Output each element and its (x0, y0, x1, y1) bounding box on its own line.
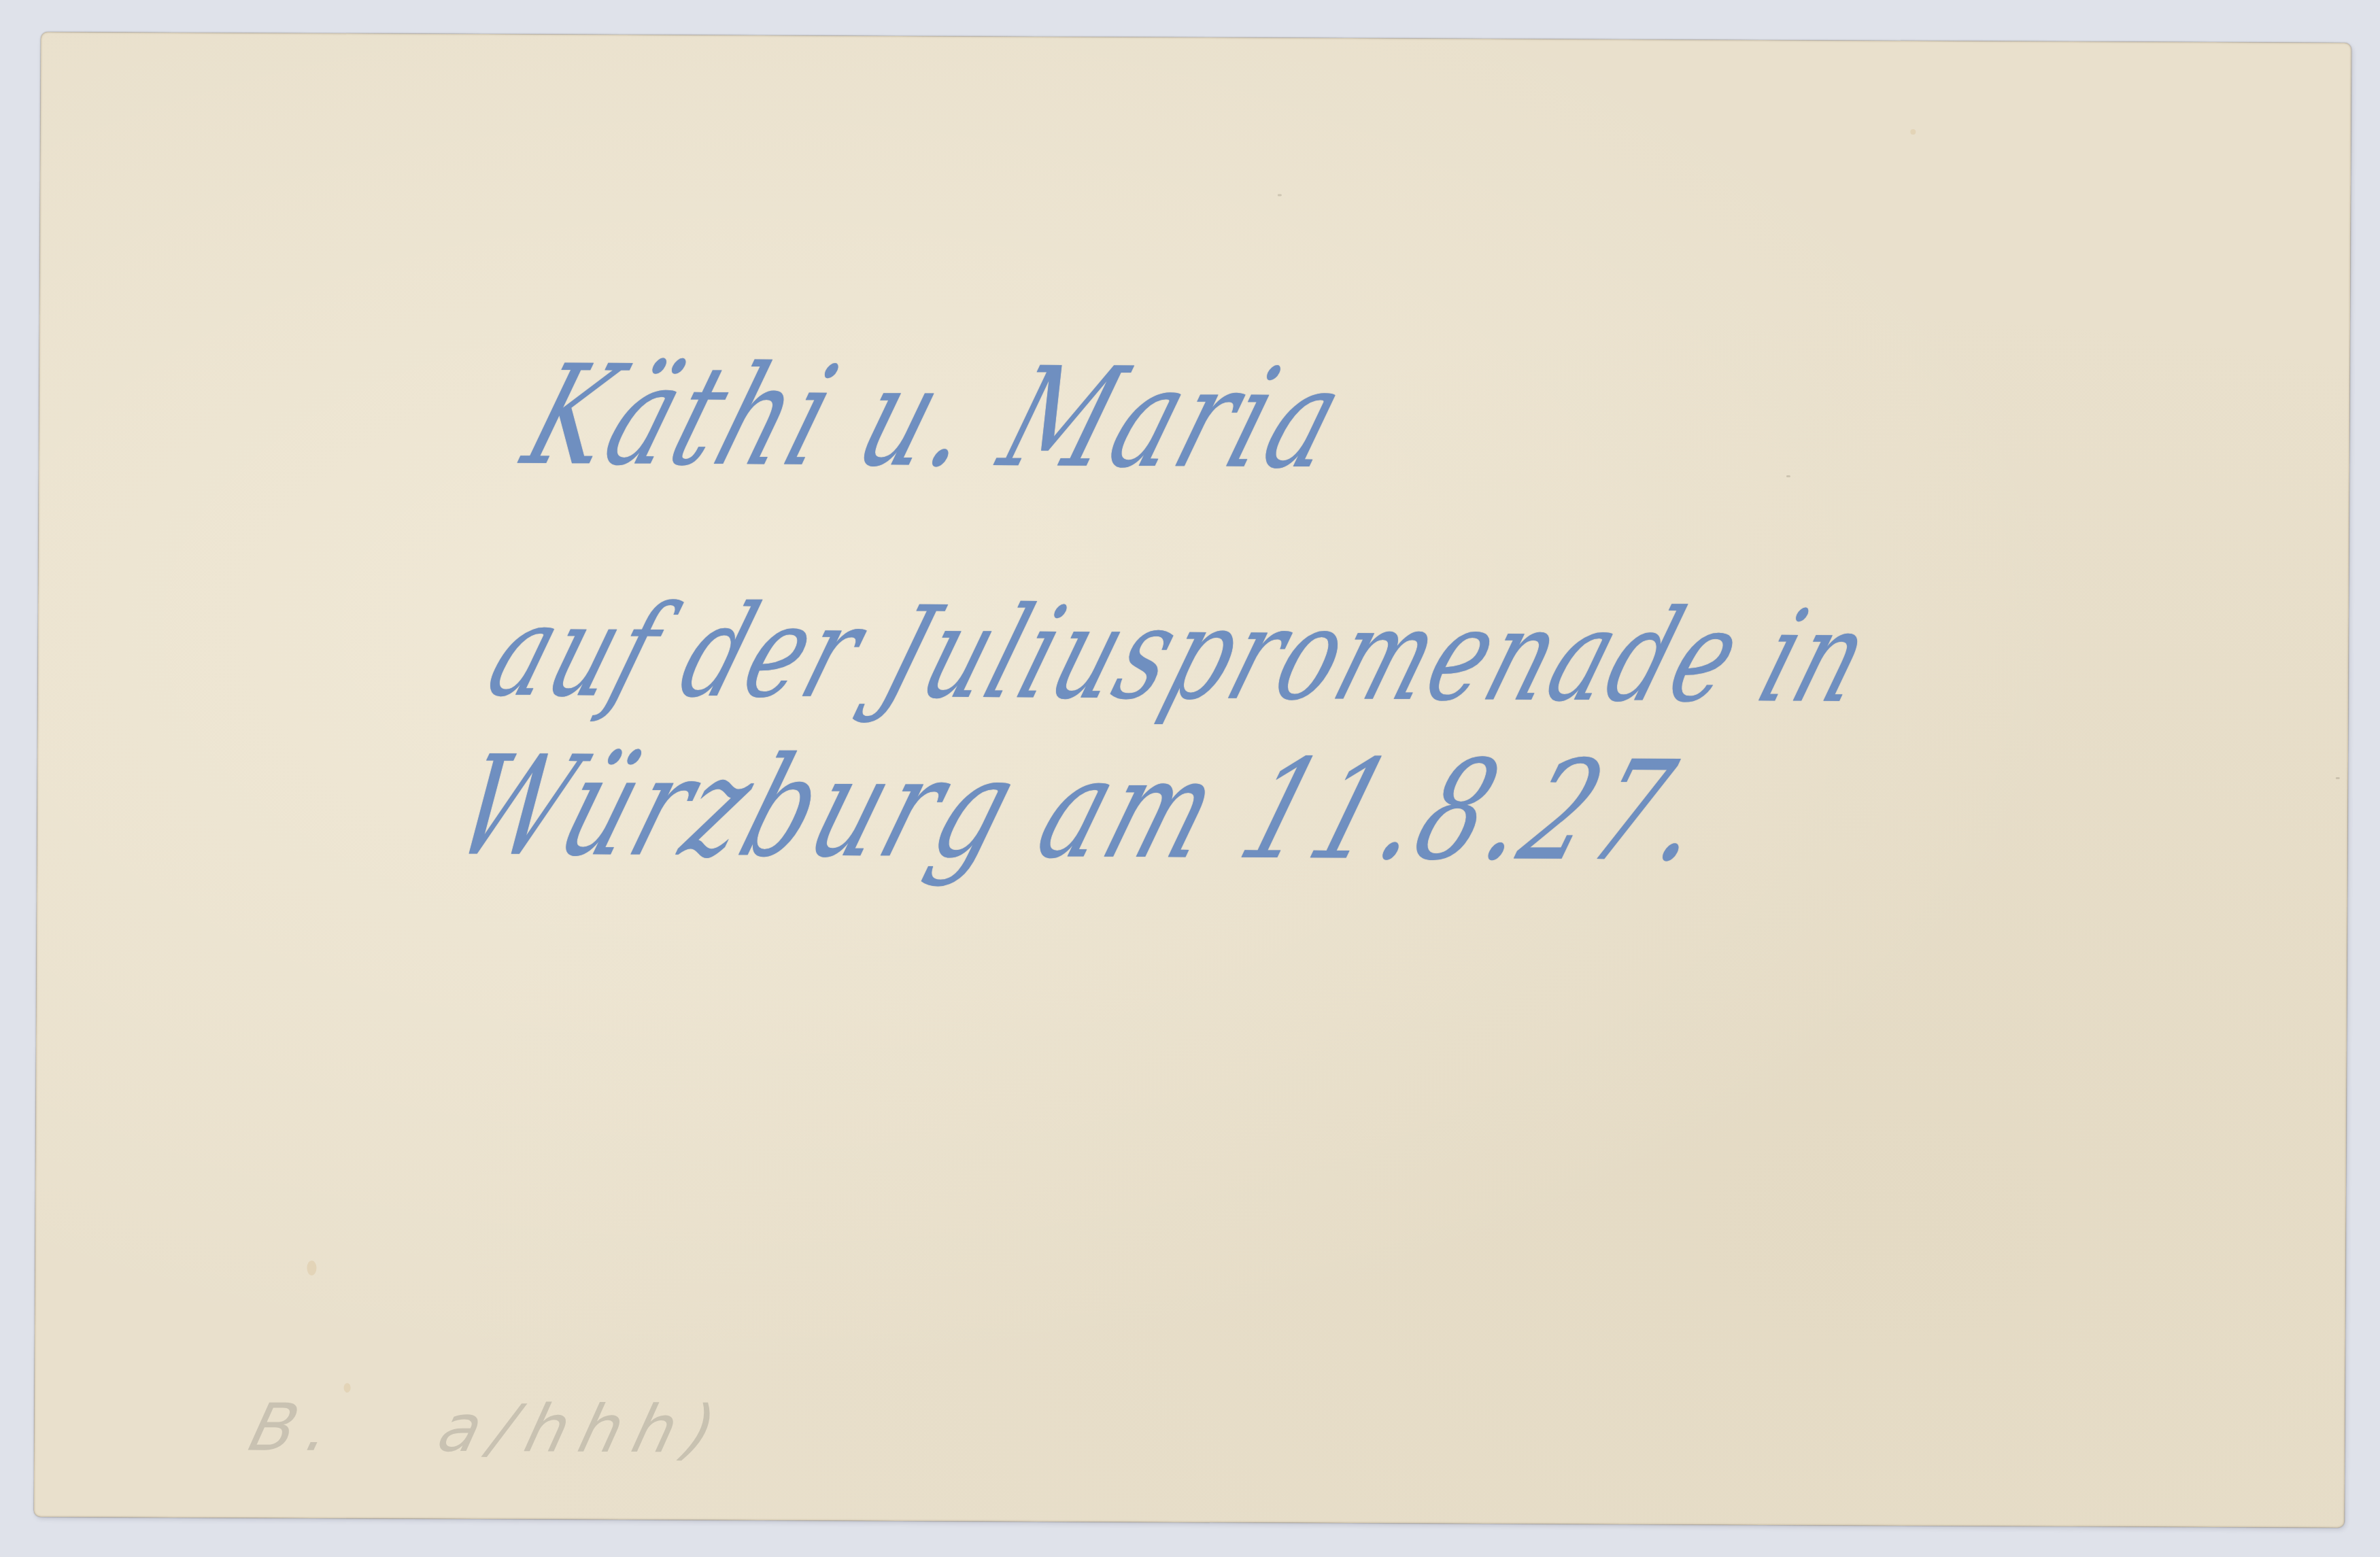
inscription-line-location: auf der Juliuspromenade in (473, 577, 1888, 731)
inscription-line-names: Käthi u. Maria (508, 337, 1365, 500)
faint-pencil-mark: B. a/hhh) (242, 1390, 736, 1468)
inscription-line-city-date: Würzburg am 11.8.27. (438, 727, 1730, 892)
photo-card-back: Käthi u. Maria auf der Juliuspromenade i… (34, 32, 2351, 1528)
handwritten-inscription: Käthi u. Maria auf der Juliuspromenade i… (34, 32, 2351, 1528)
